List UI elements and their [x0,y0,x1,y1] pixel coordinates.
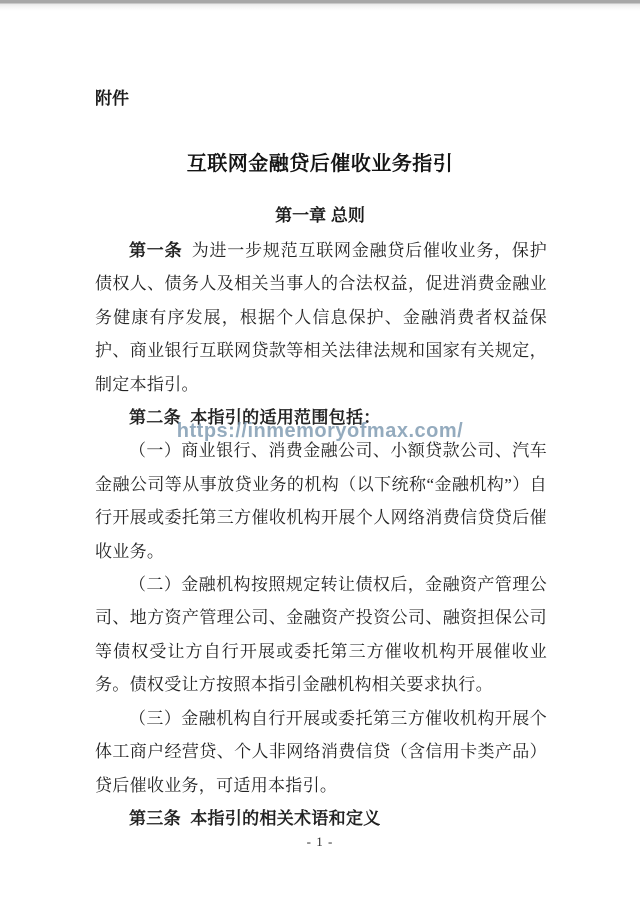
article-3-text: 本指引的相关术语和定义 [190,809,380,828]
document-page: 附件 互联网金融贷后催收业务指引 第一章 总则 第一条为进一步规范互联网金融贷后… [0,0,640,906]
document-body: 第一条为进一步规范互联网金融贷后催收业务，保护债权人、债务人及相关当事人的合法权… [95,234,547,835]
article-2-text: 本指引的适用范围包括： [190,408,380,427]
paragraph-item-2: （二）金融机构按照规定转让债权后，金融资产管理公司、地方资产管理公司、金融资产投… [95,568,547,702]
paragraph-article-1: 第一条为进一步规范互联网金融贷后催收业务，保护债权人、债务人及相关当事人的合法权… [95,234,547,401]
article-1-label: 第一条 [129,241,182,260]
attachment-label: 附件 [95,84,129,109]
document-title: 互联网金融贷后催收业务指引 [0,147,640,176]
paragraph-article-2: 第二条本指引的适用范围包括： [95,401,547,434]
paragraph-item-3: （三）金融机构自行开展或委托第三方催收机构开展个体工商户经营贷、个人非网络消费信… [95,702,547,802]
paragraph-article-3: 第三条本指引的相关术语和定义 [95,802,547,835]
item-3-text: （三）金融机构自行开展或委托第三方催收机构开展个体工商户经营贷、个人非网络消费信… [95,709,547,795]
chapter-heading: 第一章 总则 [0,201,640,226]
paragraph-item-1: （一）商业银行、消费金融公司、小额贷款公司、汽车金融公司等从事放贷业务的机构（以… [95,434,547,568]
article-1-text: 为进一步规范互联网金融贷后催收业务，保护债权人、债务人及相关当事人的合法权益，促… [95,241,547,394]
item-2-text: （二）金融机构按照规定转让债权后，金融资产管理公司、地方资产管理公司、金融资产投… [95,575,547,694]
article-2-label: 第二条 [129,408,181,427]
page-number: - 1 - [0,834,640,850]
item-1-text: （一）商业银行、消费金融公司、小额贷款公司、汽车金融公司等从事放贷业务的机构（以… [95,441,547,560]
scan-edge-artifact [0,0,640,11]
article-3-label: 第三条 [129,809,181,828]
